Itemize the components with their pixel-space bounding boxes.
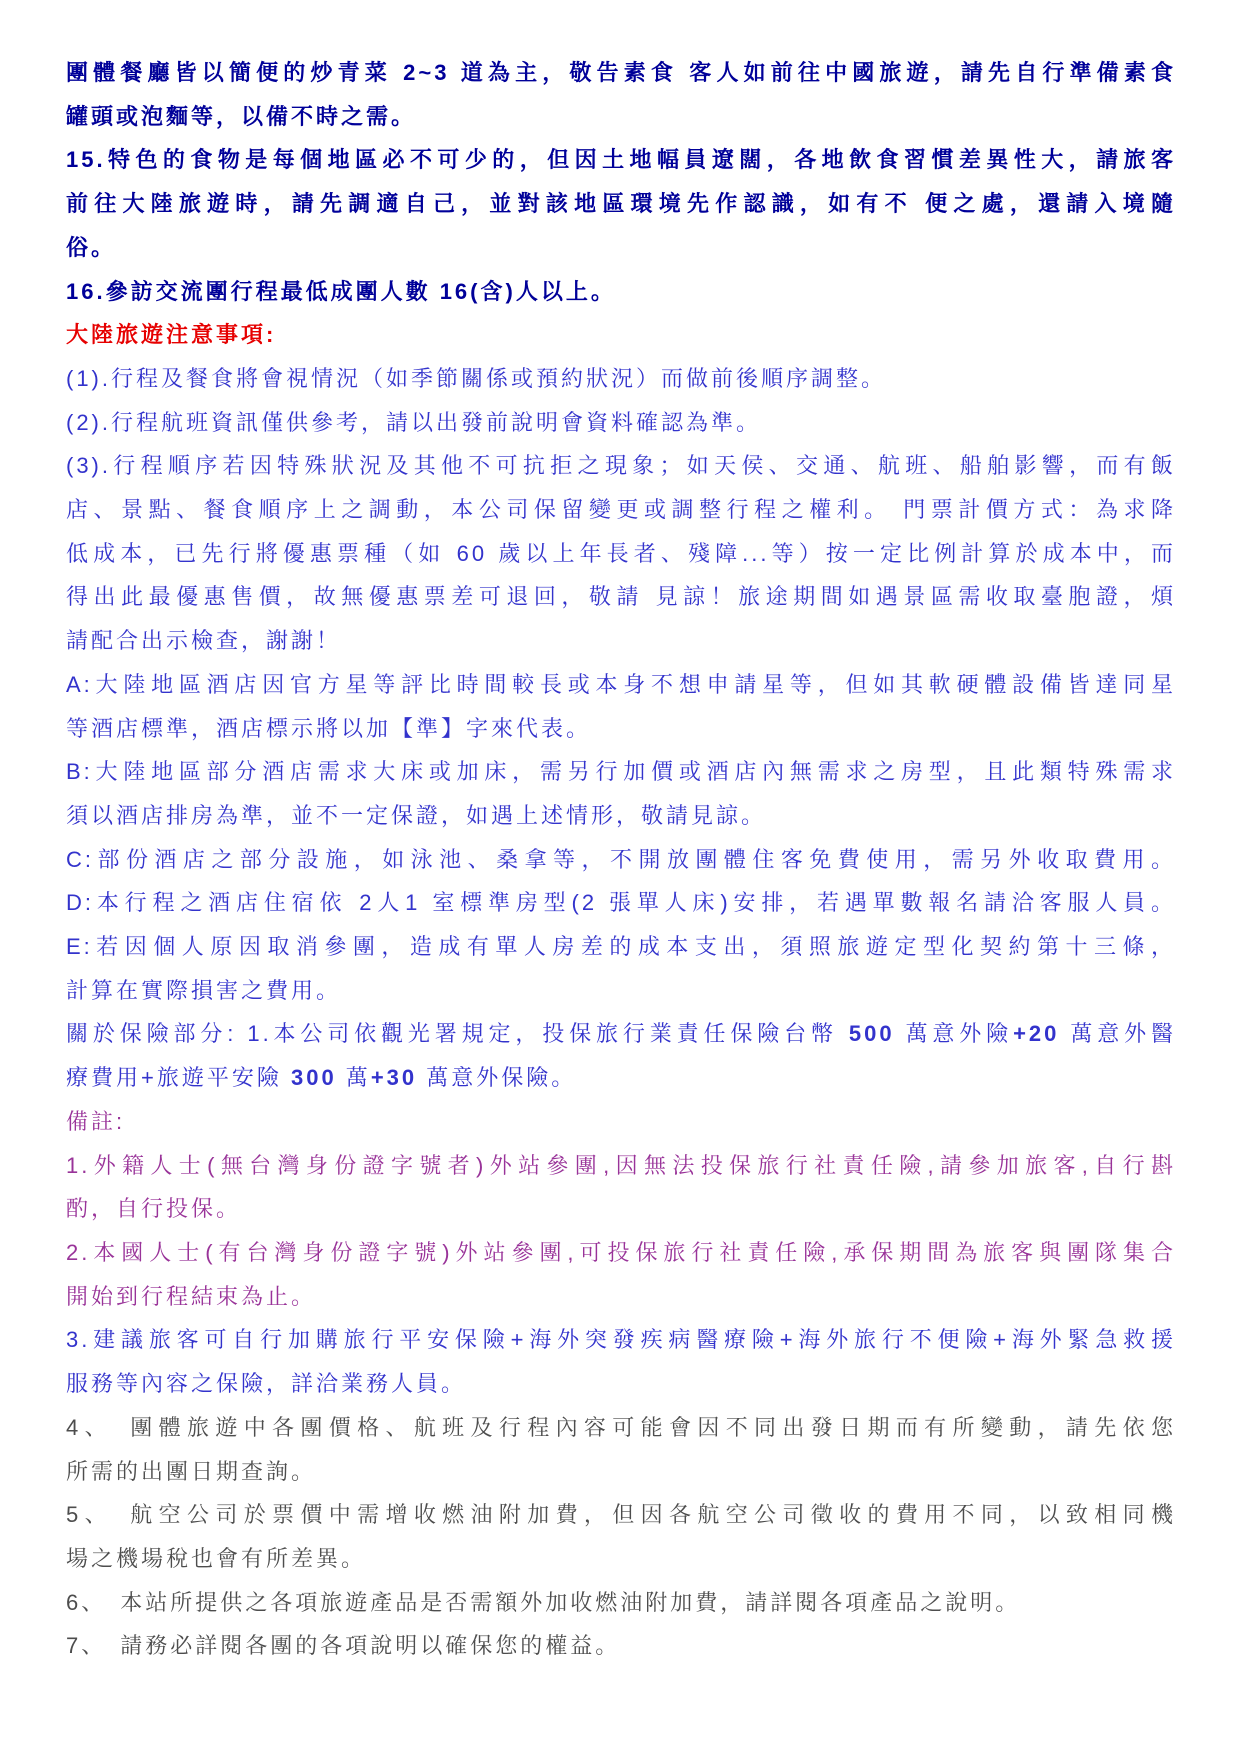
text-line: 15.特色的食物是每個地區必不可少的，但因土地幅員遼闊，各地飲食習慣差異性大，請… bbox=[66, 138, 1176, 182]
text-line: 團體餐廳皆以簡便的炒青菜 2~3 道為主，敬告素食 客人如前往中國旅遊，請先自行… bbox=[66, 51, 1176, 95]
text-line: 5、 航空公司於票價中需增收燃油附加費，但因各航空公司徵收的費用不同，以致相同機 bbox=[66, 1493, 1176, 1537]
text-line: A:大陸地區酒店因官方星等評比時間較長或本身不想申請星等，但如其軟硬體設備皆達同… bbox=[66, 663, 1176, 707]
text-line: 4、 團體旅遊中各團價格、航班及行程內容可能會因不同出發日期而有所變動，請先依您 bbox=[66, 1406, 1176, 1450]
text-line: 服務等內容之保險，詳洽業務人員。 bbox=[66, 1362, 1176, 1406]
bold-number-segment: +30 bbox=[371, 1065, 417, 1090]
bold-number-segment: +20 bbox=[1013, 1021, 1059, 1046]
text-line: 計算在實際損害之費用。 bbox=[66, 969, 1176, 1013]
text-line: 所需的出團日期查詢。 bbox=[66, 1450, 1176, 1494]
text-line: 備註: bbox=[66, 1100, 1176, 1144]
text-line: 罐頭或泡麵等，以備不時之需。 bbox=[66, 95, 1176, 139]
text-line: 酌，自行投保。 bbox=[66, 1187, 1176, 1231]
text-line: 7、 請務必詳閱各團的各項說明以確保您的權益。 bbox=[66, 1624, 1176, 1668]
text-line: 3.建議旅客可自行加購旅行平安保險+海外突發疾病醫療險+海外旅行不便險+海外緊急… bbox=[66, 1318, 1176, 1362]
text-segment: 萬意外險 bbox=[895, 1021, 1013, 1046]
text-line: 須以酒店排房為準，並不一定保證，如遇上述情形，敬請見諒。 bbox=[66, 794, 1176, 838]
text-line: 大陸旅遊注意事項: bbox=[66, 313, 1176, 357]
text-line: 療費用+旅遊平安險 300 萬+30 萬意外保險。 bbox=[66, 1056, 1176, 1100]
text-line: 等酒店標準，酒店標示將以加【準】字來代表。 bbox=[66, 707, 1176, 751]
text-line: 16.參訪交流團行程最低成團人數 16(含)人以上。 bbox=[66, 270, 1176, 314]
text-line: 前往大陸旅遊時，請先調適自己，並對該地區環境先作認識，如有不 便之處，還請入境隨 bbox=[66, 182, 1176, 226]
text-line: (2).行程航班資訊僅供參考，請以出發前說明會資料確認為準。 bbox=[66, 401, 1176, 445]
text-line: D:本行程之酒店住宿依 2人1 室標準房型(2 張單人床)安排，若遇單數報名請洽… bbox=[66, 881, 1176, 925]
text-line: E:若因個人原因取消參團，造成有單人房差的成本支出，須照旅遊定型化契約第十三條， bbox=[66, 925, 1176, 969]
text-segment: 關於保險部分: 1.本公司依觀光署規定，投保旅行業責任保險台幣 bbox=[66, 1021, 849, 1046]
text-line: 關於保險部分: 1.本公司依觀光署規定，投保旅行業責任保險台幣 500 萬意外險… bbox=[66, 1012, 1176, 1056]
text-line: 2.本國人士(有台灣身份證字號)外站參團,可投保旅行社責任險,承保期間為旅客與團… bbox=[66, 1231, 1176, 1275]
notice-document: 團體餐廳皆以簡便的炒青菜 2~3 道為主，敬告素食 客人如前往中國旅遊，請先自行… bbox=[0, 0, 1241, 1668]
text-line: B:大陸地區部分酒店需求大床或加床，需另行加價或酒店內無需求之房型，且此類特殊需… bbox=[66, 750, 1176, 794]
text-line: C:部份酒店之部分設施，如泳池、桑拿等，不開放團體住客免費使用，需另外收取費用。 bbox=[66, 838, 1176, 882]
text-line: 請配合出示檢查，謝謝！ bbox=[66, 619, 1176, 663]
text-line: (3).行程順序若因特殊狀況及其他不可抗拒之現象；如天侯、交通、航班、船舶影響，… bbox=[66, 444, 1176, 488]
text-segment: 萬 bbox=[337, 1065, 371, 1090]
text-segment: 萬意外保險。 bbox=[417, 1065, 576, 1090]
text-line: (1).行程及餐食將會視情況（如季節關係或預約狀況）而做前後順序調整。 bbox=[66, 357, 1176, 401]
text-line: 得出此最優惠售價，故無優惠票差可退回，敬請 見諒！旅途期間如遇景區需收取臺胞證，… bbox=[66, 575, 1176, 619]
text-line: 店、景點、餐食順序上之調動，本公司保留變更或調整行程之權利。 門票計價方式：為求… bbox=[66, 488, 1176, 532]
text-line: 場之機場稅也會有所差異。 bbox=[66, 1537, 1176, 1581]
text-segment: 萬意外醫 bbox=[1059, 1021, 1176, 1046]
bold-number-segment: 300 bbox=[291, 1065, 337, 1090]
text-line: 俗。 bbox=[66, 226, 1176, 270]
text-line: 低成本，已先行將優惠票種（如 60 歲以上年長者、殘障...等）按一定比例計算於… bbox=[66, 532, 1176, 576]
bold-number-segment: 500 bbox=[849, 1021, 895, 1046]
text-line: 1.外籍人士(無台灣身份證字號者)外站參團,因無法投保旅行社責任險,請參加旅客,… bbox=[66, 1144, 1176, 1188]
text-segment: 療費用+旅遊平安險 bbox=[66, 1065, 291, 1090]
text-line: 6、 本站所提供之各項旅遊產品是否需額外加收燃油附加費，請詳閱各項產品之說明。 bbox=[66, 1581, 1176, 1625]
text-line: 開始到行程結束為止。 bbox=[66, 1275, 1176, 1319]
